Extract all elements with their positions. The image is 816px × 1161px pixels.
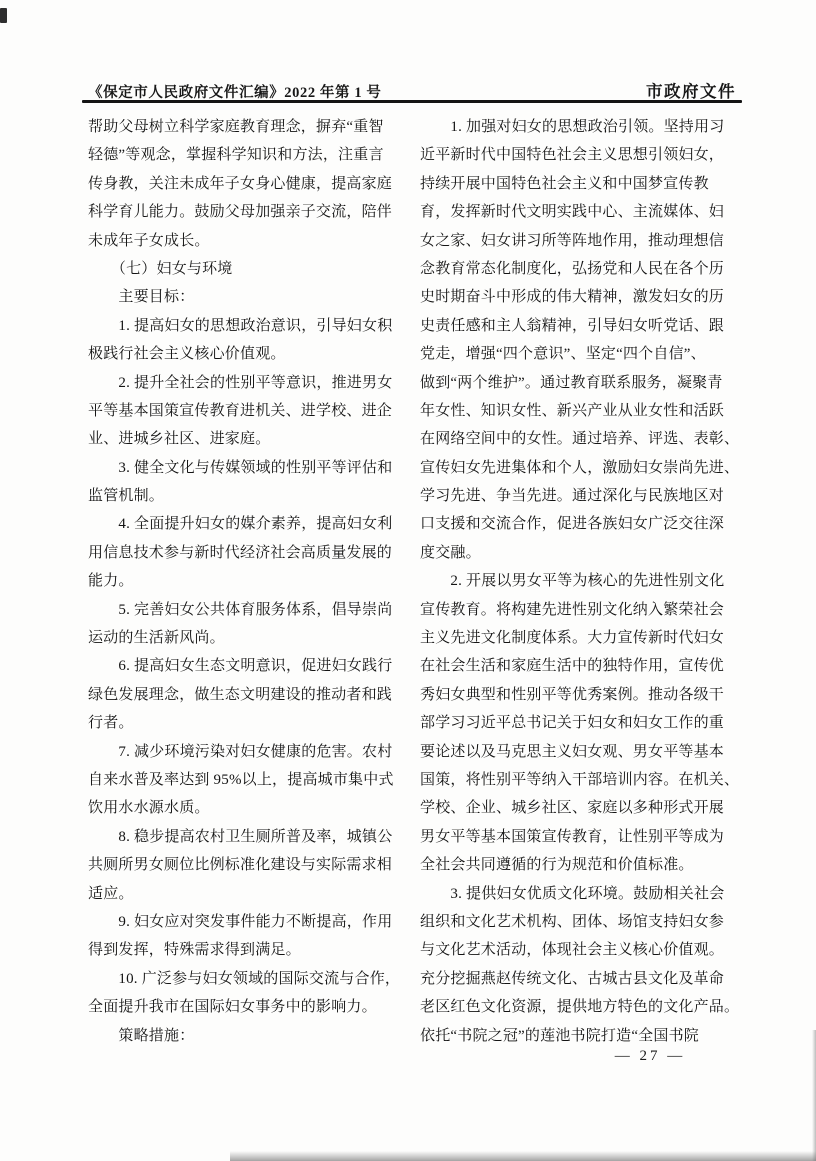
text-line: 与文化艺术活动，体现社会主义核心价值观。 xyxy=(420,936,732,964)
text-line: 适应。 xyxy=(88,880,400,908)
text-line: 全面提升我市在国际妇女事务中的影响力。 xyxy=(88,993,400,1021)
text-line: 学校、企业、城乡社区、家庭以多种形式开展 xyxy=(420,794,732,822)
header-rule xyxy=(82,100,742,103)
text-line: 2. 提升全社会的性别平等意识，推进男女 xyxy=(88,369,400,397)
text-line: 近平新时代中国特色社会主义思想引领妇女， xyxy=(420,141,732,169)
text-line: 4. 全面提升妇女的媒介素养，提高妇女利 xyxy=(88,510,400,538)
text-line: 绿色发展理念，做生态文明建设的推动者和践 xyxy=(88,681,400,709)
text-line: 主义先进文化制度体系。大力宣传新时代妇女 xyxy=(420,624,732,652)
text-line: 在网络空间中的女性。通过培养、评选、表彰、 xyxy=(420,425,732,453)
text-line: 依托“书院之冠”的莲池书院打造“全国书院 xyxy=(420,1022,732,1050)
text-line: 史责任感和主人翁精神，引导妇女听党话、跟 xyxy=(420,312,732,340)
text-line: 持续开展中国特色社会主义和中国梦宣传教 xyxy=(420,170,732,198)
text-line: 轻德”等观念，掌握科学知识和方法，注重言 xyxy=(88,141,400,169)
text-line: 老区红色文化资源，提供地方特色的文化产品。 xyxy=(420,993,732,1021)
text-line: 传身教，关注未成年子女身心健康，提高家庭 xyxy=(88,170,400,198)
text-line: 平等基本国策宣传教育进机关、进学校、进企 xyxy=(88,397,400,425)
text-line: 7. 减少环境污染对妇女健康的危害。农村 xyxy=(88,738,400,766)
text-line: 全社会共同遵循的行为规范和价值标准。 xyxy=(420,851,732,879)
text-line: 监管机制。 xyxy=(88,482,400,510)
text-line: 年女性、知识女性、新兴产业从业女性和活跃 xyxy=(420,397,732,425)
text-line: 度交融。 xyxy=(420,539,732,567)
page-number: — 27 — xyxy=(558,1048,742,1065)
document-page: 《保定市人民政府文件汇编》2022 年第 1 号 市政府文件 帮助父母树立科学家… xyxy=(0,0,816,1161)
text-line: 共厕所男女厕位比例标准化建设与实际需求相 xyxy=(88,851,400,879)
text-line: 要论述以及马克思主义妇女观、男女平等基本 xyxy=(420,738,732,766)
scan-bottom-shadow xyxy=(230,1151,816,1161)
text-line: 科学育儿能力。鼓励父母加强亲子交流，陪伴 xyxy=(88,198,400,226)
text-line: 3. 健全文化与传媒领域的性别平等评估和 xyxy=(88,454,400,482)
text-line: 史时期奋斗中形成的伟大精神，激发妇女的历 xyxy=(420,283,732,311)
text-line: 策略措施： xyxy=(88,1022,400,1050)
text-line: 能力。 xyxy=(88,567,400,595)
text-line: 学习先进、争当先进。通过深化与民族地区对 xyxy=(420,482,732,510)
text-line: 自来水普及率达到 95%以上，提高城市集中式 xyxy=(88,766,400,794)
text-line: 5. 完善妇女公共体育服务体系，倡导崇尚 xyxy=(88,596,400,624)
header-section-label: 市政府文件 xyxy=(646,78,736,102)
text-line: 国策，将性别平等纳入干部培训内容。在机关、 xyxy=(420,766,732,794)
text-line: 宣传妇女先进集体和个人，激励妇女崇尚先进、 xyxy=(420,454,732,482)
text-line: 1. 提高妇女的思想政治意识，引导妇女积 xyxy=(88,312,400,340)
scan-right-shadow xyxy=(812,1030,816,1161)
text-line: 行者。 xyxy=(88,709,400,737)
text-line: 极践行社会主义核心价值观。 xyxy=(88,340,400,368)
header-compilation-title: 《保定市人民政府文件汇编》2022 年第 1 号 xyxy=(88,81,382,102)
text-line: 3. 提供妇女优质文化环境。鼓励相关社会 xyxy=(420,880,732,908)
document-body: 帮助父母树立科学家庭教育理念，摒弃“重智轻德”等观念，掌握科学知识和方法，注重言… xyxy=(88,113,732,1050)
text-line: 未成年子女成长。 xyxy=(88,227,400,255)
scan-smudge-mark xyxy=(0,8,7,23)
text-line: 口支援和交流合作，促进各族妇女广泛交往深 xyxy=(420,510,732,538)
text-line: 做到“两个维护”。通过教育联系服务，凝聚青 xyxy=(420,369,732,397)
text-line: 育，发挥新时代文明实践中心、主流媒体、妇 xyxy=(420,198,732,226)
text-line: 得到发挥，特殊需求得到满足。 xyxy=(88,936,400,964)
text-line: 念教育常态化制度化，弘扬党和人民在各个历 xyxy=(420,255,732,283)
text-line: 1. 加强对妇女的思想政治引领。坚持用习 xyxy=(420,113,732,141)
text-line: 党走，增强“四个意识”、坚定“四个自信”、 xyxy=(420,340,732,368)
text-line: 男女平等基本国策宣传教育，让性别平等成为 xyxy=(420,823,732,851)
text-line: 业、进城乡社区、进家庭。 xyxy=(88,425,400,453)
text-line: 运动的生活新风尚。 xyxy=(88,624,400,652)
text-line: 用信息技术参与新时代经济社会高质量发展的 xyxy=(88,539,400,567)
text-line: 主要目标： xyxy=(88,283,400,311)
text-line: （七）妇女与环境 xyxy=(88,255,400,283)
text-line: 6. 提高妇女生态文明意识，促进妇女践行 xyxy=(88,652,400,680)
text-line: 宣传教育。将构建先进性别文化纳入繁荣社会 xyxy=(420,596,732,624)
text-line: 组织和文化艺术机构、团体、场馆支持妇女参 xyxy=(420,908,732,936)
text-line: 充分挖掘燕赵传统文化、古城古县文化及革命 xyxy=(420,965,732,993)
text-line: 部学习习近平总书记关于妇女和妇女工作的重 xyxy=(420,709,732,737)
text-line: 10. 广泛参与妇女领域的国际交流与合作， xyxy=(88,965,400,993)
text-line: 帮助父母树立科学家庭教育理念，摒弃“重智 xyxy=(88,113,400,141)
text-line: 8. 稳步提高农村卫生厕所普及率，城镇公 xyxy=(88,823,400,851)
text-line: 9. 妇女应对突发事件能力不断提高，作用 xyxy=(88,908,400,936)
text-line: 秀妇女典型和性别平等优秀案例。推动各级干 xyxy=(420,681,732,709)
text-line: 女之家、妇女讲习所等阵地作用，推动理想信 xyxy=(420,227,732,255)
text-line: 在社会生活和家庭生活中的独特作用，宣传优 xyxy=(420,652,732,680)
text-line: 饮用水水源水质。 xyxy=(88,794,400,822)
left-column: 帮助父母树立科学家庭教育理念，摒弃“重智轻德”等观念，掌握科学知识和方法，注重言… xyxy=(88,113,400,1050)
right-column: 1. 加强对妇女的思想政治引领。坚持用习近平新时代中国特色社会主义思想引领妇女，… xyxy=(420,113,732,1050)
page-header: 《保定市人民政府文件汇编》2022 年第 1 号 市政府文件 xyxy=(88,78,736,102)
text-line: 2. 开展以男女平等为核心的先进性别文化 xyxy=(420,567,732,595)
